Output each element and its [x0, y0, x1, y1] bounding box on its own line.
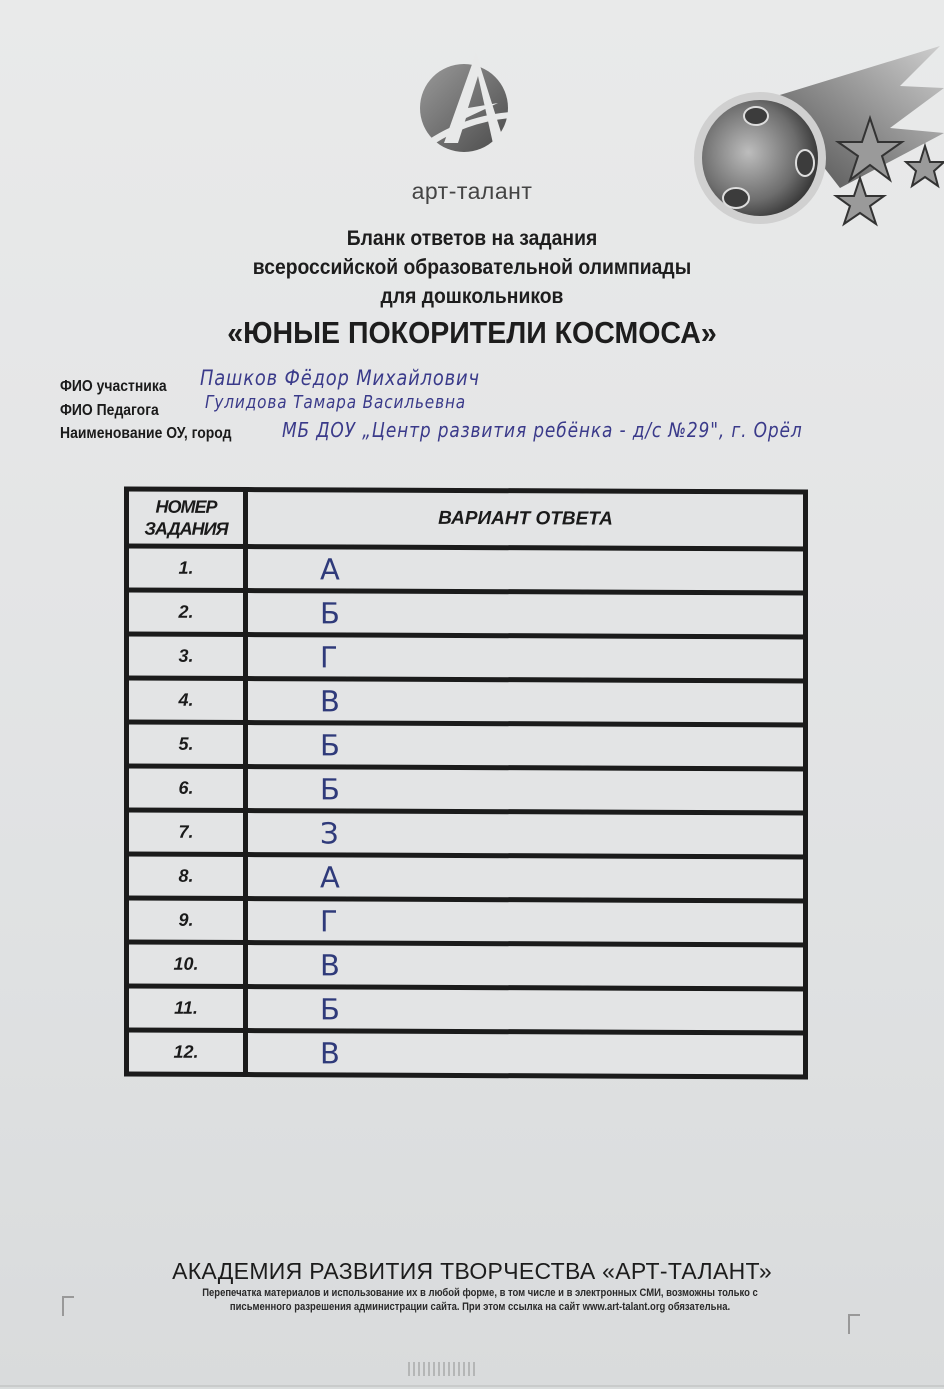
institution-value[interactable]: МБ ДОУ „Центр развития ребёнка - д/с №29…	[282, 418, 803, 442]
task-number: 12.	[127, 1030, 246, 1075]
answer-cell[interactable]: З	[246, 811, 806, 857]
task-number: 10.	[127, 942, 246, 987]
task-number: 8.	[127, 854, 246, 899]
form-title: Бланк ответов на задания всероссийской о…	[38, 224, 906, 353]
answer-cell[interactable]: Г	[246, 635, 806, 681]
task-number: 11.	[127, 986, 246, 1031]
academy-name: АКАДЕМИЯ РАЗВИТИЯ ТВОРЧЕСТВА «АРТ-ТАЛАНТ…	[0, 1258, 944, 1285]
answer-cell[interactable]: В	[246, 679, 806, 725]
copyright-line-2: письменного разрешения администрации сай…	[127, 1300, 832, 1314]
title-line-2: всероссийской образовательной олимпиады	[38, 253, 906, 282]
answer-cell[interactable]: Б	[246, 987, 806, 1033]
answer-cell[interactable]: Б	[246, 723, 806, 769]
column-header-number: НОМЕР ЗАДАНИЯ	[127, 489, 246, 547]
task-number: 2.	[127, 590, 246, 635]
task-number: 4.	[127, 678, 246, 723]
institution-label: Наименование ОУ, город	[60, 425, 231, 443]
task-number: 1.	[127, 546, 246, 591]
task-number: 6.	[127, 766, 246, 811]
table-row: 2.Б	[127, 590, 806, 637]
table-row: 7.З	[127, 810, 806, 857]
table-row: 9.Г	[127, 898, 806, 945]
comet-with-stars-icon	[690, 38, 944, 248]
answer-cell[interactable]: Г	[246, 899, 806, 945]
task-number: 7.	[127, 810, 246, 855]
olympiad-name: «ЮНЫЕ ПОКОРИТЕЛИ КОСМОСА»	[38, 313, 906, 353]
title-line-3: для дошкольников	[38, 282, 906, 311]
answer-cell[interactable]: В	[246, 943, 806, 989]
participant-value[interactable]: Пашков Фёдор Михайлович	[200, 366, 480, 390]
task-number: 9.	[127, 898, 246, 943]
registration-mark	[848, 1314, 860, 1334]
table-row: 8.А	[127, 854, 806, 901]
registration-mark	[62, 1296, 74, 1316]
table-row: 6.Б	[127, 766, 806, 813]
table-row: 10.В	[127, 942, 806, 989]
stamp-mark	[408, 1362, 478, 1376]
column-header-answer: ВАРИАНТ ОТВЕТА	[246, 490, 806, 549]
answer-cell[interactable]: Б	[246, 767, 806, 813]
participant-label: ФИО участника	[60, 378, 167, 396]
answer-cell[interactable]: Б	[246, 591, 806, 637]
answer-cell[interactable]: В	[246, 1031, 806, 1077]
title-line-1: Бланк ответов на задания	[38, 224, 906, 253]
teacher-label: ФИО Педагога	[60, 402, 159, 420]
copyright-note: Перепечатка материалов и использование и…	[127, 1286, 832, 1314]
answer-cell[interactable]: А	[246, 855, 806, 901]
table-row: 5.Б	[127, 722, 806, 769]
table-row: 11.Б	[127, 986, 806, 1033]
table-row: 12.В	[127, 1030, 806, 1077]
answer-cell[interactable]: А	[246, 547, 806, 593]
teacher-value[interactable]: Гулидова Тамара Васильевна	[205, 392, 466, 413]
table-header-row: НОМЕР ЗАДАНИЯ ВАРИАНТ ОТВЕТА	[127, 489, 806, 549]
task-number: 3.	[127, 634, 246, 679]
table-row: 1.А	[127, 546, 806, 593]
copyright-line-1: Перепечатка материалов и использование и…	[127, 1286, 832, 1300]
task-number: 5.	[127, 722, 246, 767]
answer-sheet: арт-талант Бланк ответов на задания всер…	[0, 0, 944, 1387]
table-row: 3.Г	[127, 634, 806, 681]
table-row: 4.В	[127, 678, 806, 725]
art-talant-logo-icon	[414, 48, 514, 158]
answers-table: НОМЕР ЗАДАНИЯ ВАРИАНТ ОТВЕТА 1.А2.Б3.Г4.…	[124, 487, 808, 1080]
